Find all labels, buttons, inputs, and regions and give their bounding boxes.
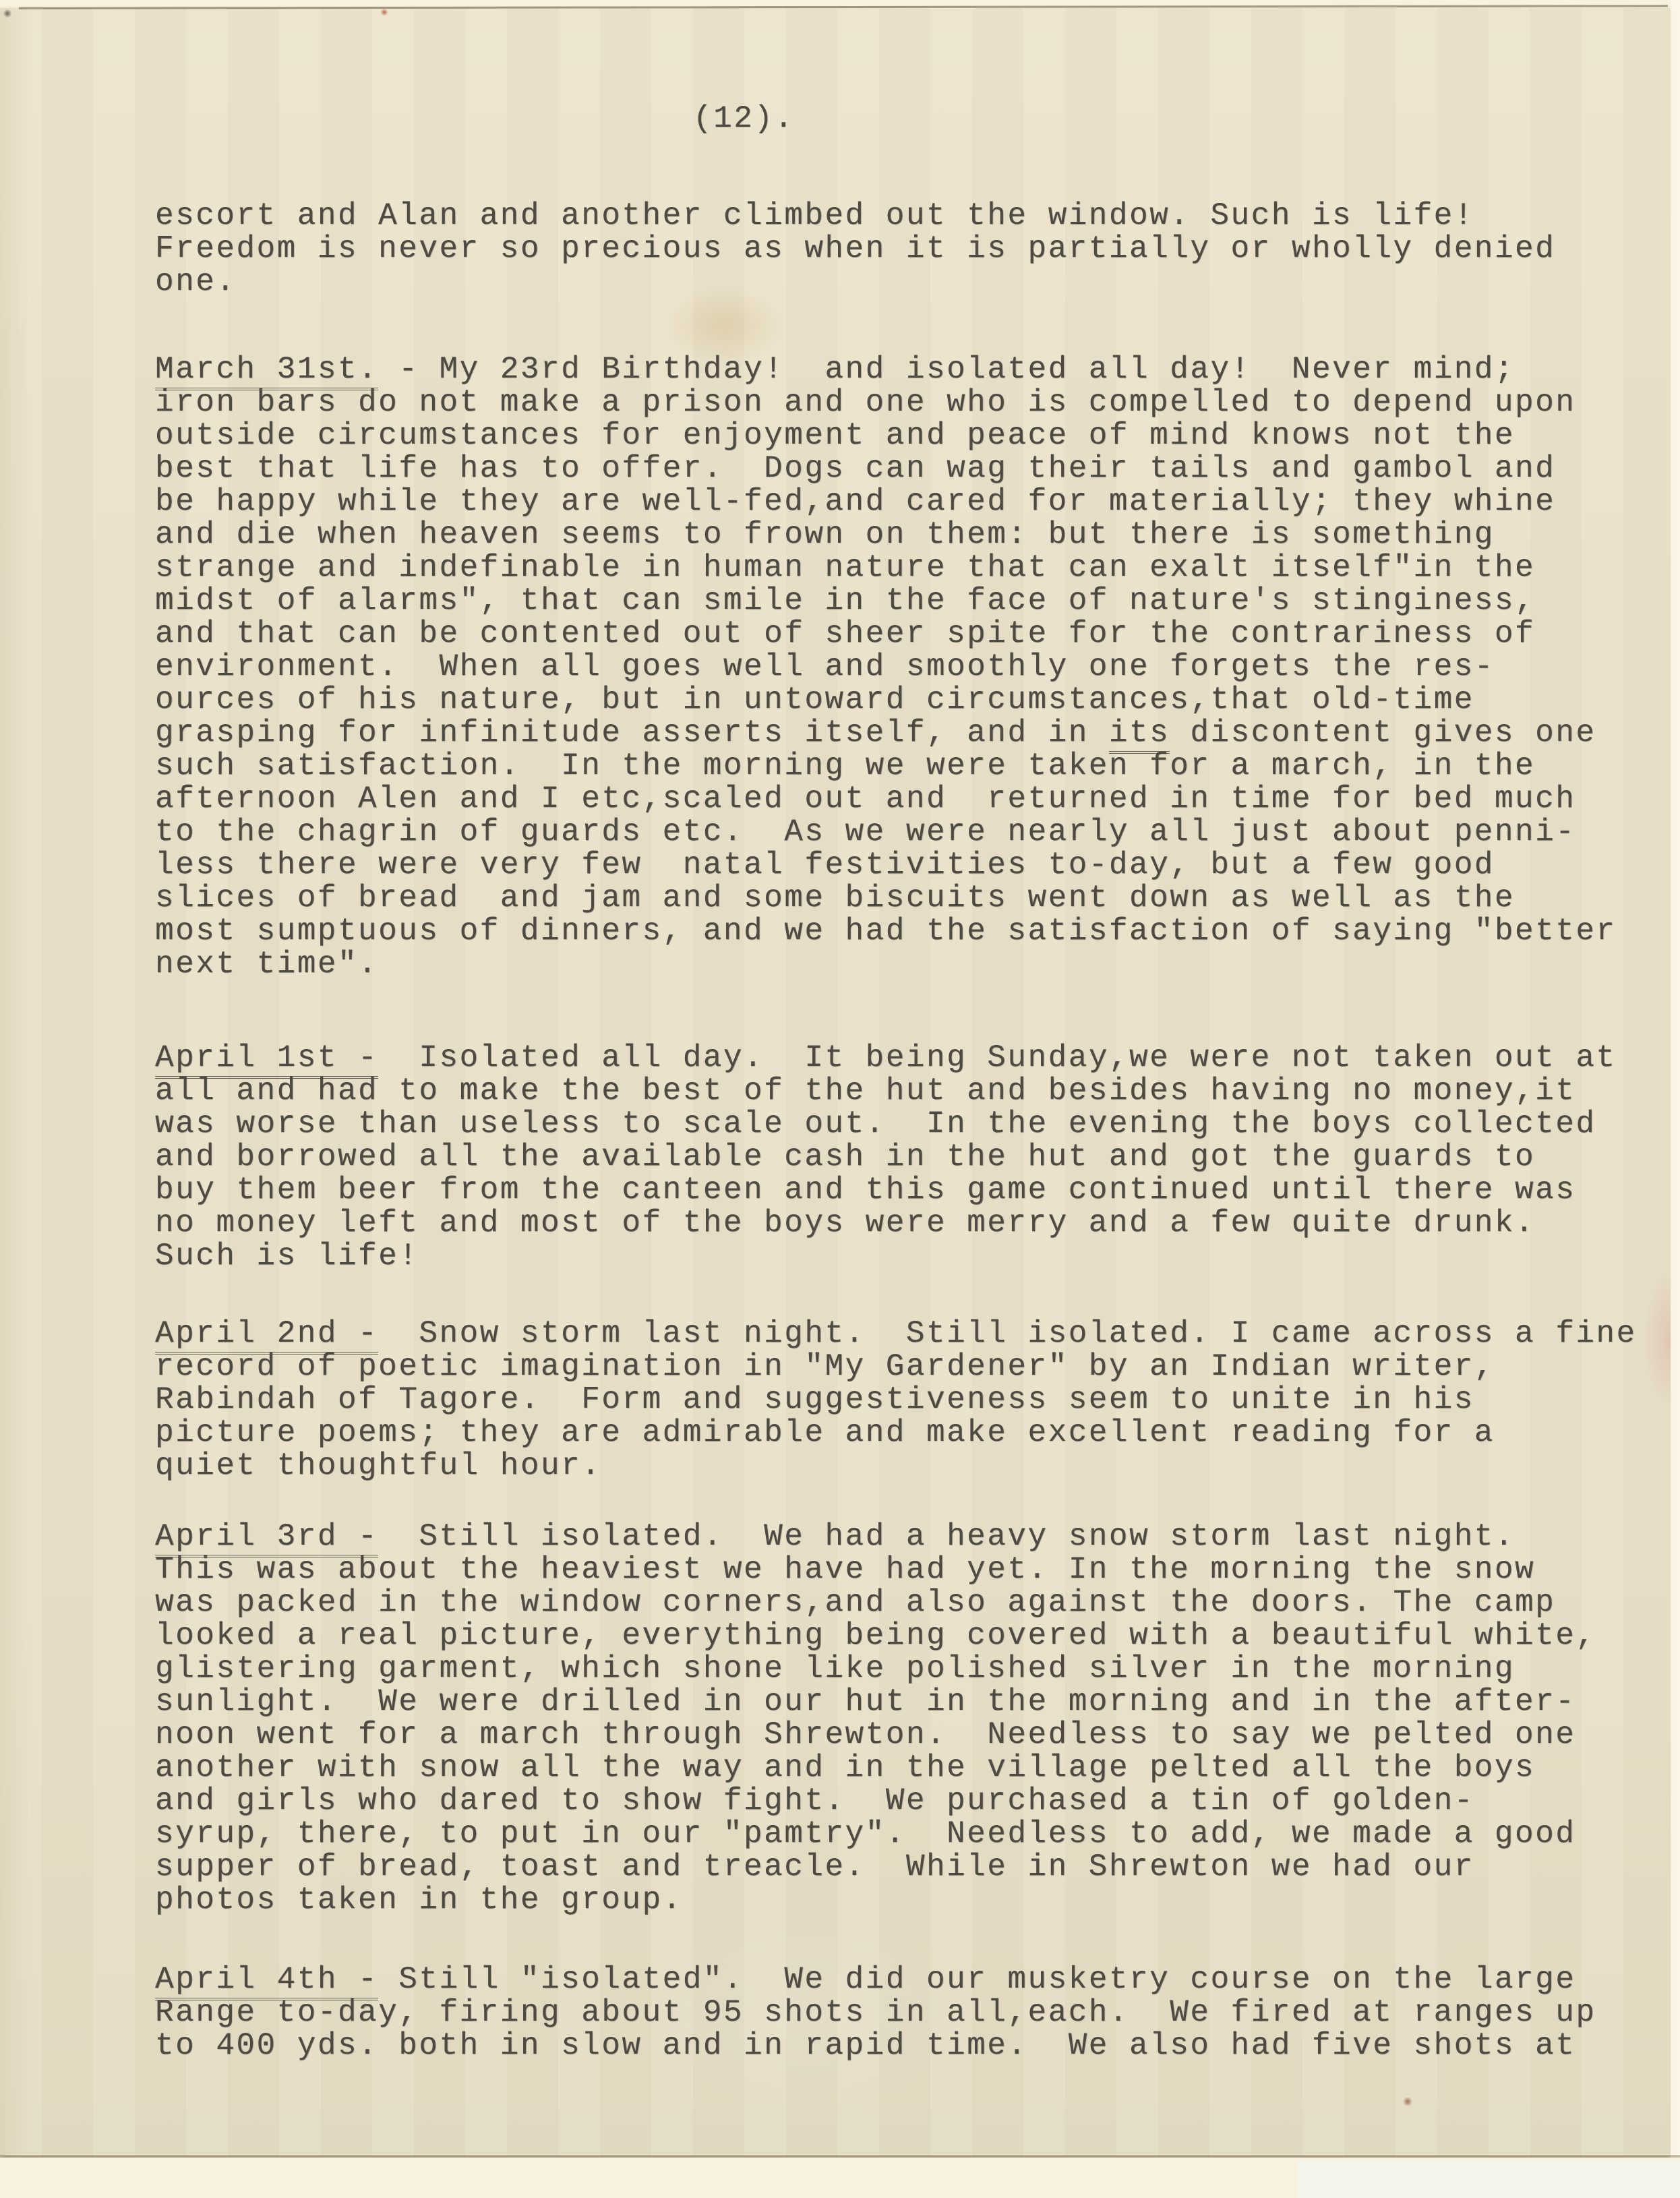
entry-first-line-text: Still "isolated". We did our musketry co… xyxy=(378,1962,1576,1997)
entry-first-line-text: Still isolated. We had a heavy snow stor… xyxy=(378,1519,1515,1554)
entry-first-line: March 31st. - My 23rd Birthday! and isol… xyxy=(155,353,1617,386)
entry-body-continued: such satisfaction. In the morning we wer… xyxy=(155,750,1617,981)
entry-first-line-text: Isolated all day. It being Sunday,we wer… xyxy=(378,1040,1616,1075)
entry-body: record of poetic imagination in "My Gard… xyxy=(155,1350,1637,1483)
entry-first-line: escort and Alan and another climbed out … xyxy=(155,200,1555,233)
diary-entry-intro: escort and Alan and another climbed out … xyxy=(155,200,1555,299)
entry-body: Range to-day, firing about 95 shots in a… xyxy=(155,1996,1596,2062)
entry-body: all and had to make the best of the hut … xyxy=(155,1075,1617,1273)
paper-bottom-edge xyxy=(0,2155,1680,2158)
entry-underlined-line: grasping for infinitude asserts itself, … xyxy=(155,717,1617,750)
entry-first-line: April 2nd - Snow storm last night. Still… xyxy=(155,1317,1637,1350)
backing-strip-right xyxy=(1671,0,1680,2198)
entry-body: iron bars do not make a prison and one w… xyxy=(155,386,1617,717)
page-number: (12). xyxy=(693,102,795,136)
entry-first-line-text: - My 23rd Birthday! and isolated all day… xyxy=(378,352,1515,387)
entry-body: Freedom is never so precious as when it … xyxy=(155,233,1555,299)
entry-first-line-text: Snow storm last night. Still isolated. I… xyxy=(378,1316,1636,1351)
entry-first-line: April 1st - Isolated all day. It being S… xyxy=(155,1042,1617,1075)
entry-first-line-text: escort and Alan and another climbed out … xyxy=(155,198,1474,233)
diary-entry-march-31st: March 31st. - My 23rd Birthday! and isol… xyxy=(155,353,1617,981)
scanned-diary-page: { "colors": { "paper": "#e9e1c9", "paper… xyxy=(0,0,1680,2198)
diary-entry-april-4th: April 4th - Still "isolated". We did our… xyxy=(155,1963,1596,2062)
entry-first-line: April 3rd - Still isolated. We had a hea… xyxy=(155,1520,1596,1553)
diary-entry-april-1st: April 1st - Isolated all day. It being S… xyxy=(155,1042,1617,1273)
diary-entry-april-2nd: April 2nd - Snow storm last night. Still… xyxy=(155,1317,1637,1483)
entry-first-line: April 4th - Still "isolated". We did our… xyxy=(155,1963,1596,1996)
entry-body: This was about the heaviest we have had … xyxy=(155,1553,1596,1917)
diary-entry-april-3rd: April 3rd - Still isolated. We had a hea… xyxy=(155,1520,1596,1917)
backing-strip-bottom-right xyxy=(1298,2161,1680,2198)
